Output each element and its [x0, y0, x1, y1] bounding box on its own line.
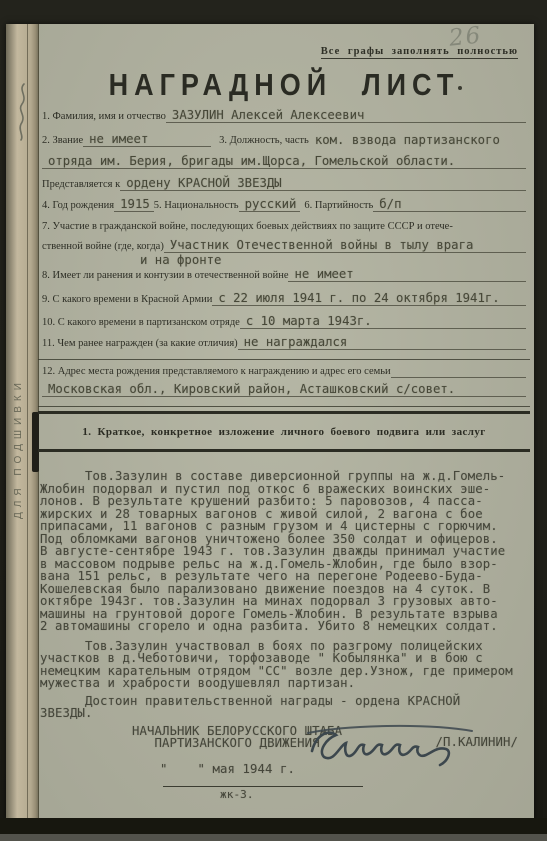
divider-line — [38, 359, 530, 360]
field-previous-awards: 11. Чем ранее награжден (за какие отличи… — [42, 335, 526, 350]
field-birth-nationality-party: 4. Год рождения 1915 5. Национальность р… — [42, 197, 526, 212]
field-wounds-value: не имеет — [288, 267, 526, 282]
field-address-value: Московская обл., Кировский район, Асташк… — [42, 382, 526, 397]
document-page: ДЛЯ ПОДШИВКИ 26 Все графы заполнять полн… — [6, 24, 534, 820]
signature-block: НАЧАЛЬНИК БЕЛОРУССКОГО ШТАБА ПАРТИЗАНСКО… — [38, 723, 530, 833]
citation-paragraph-2: Тов.Зазулин участвовал в боях по разгром… — [40, 640, 528, 690]
field-red-army: 9. С какого времени в Красной Армии с 22… — [42, 291, 526, 306]
citation-paragraph-1: Тов.Зазулин в составе диверсионной групп… — [40, 470, 528, 633]
field-war-value-cont: и на фронте — [42, 253, 526, 267]
field-wounds-label: 8. Имеет ли ранения и контузии в отечест… — [42, 270, 288, 282]
field-war-participation-line2: ственной войне (где, когда) Участник Оте… — [42, 238, 526, 253]
field-nationality-label: 5. Национальность — [154, 200, 239, 212]
field-rank-position: 2. Звание не имеет 3. Должность, часть к… — [42, 132, 526, 147]
field-previous-awards-label: 11. Чем ранее награжден (за какие отличи… — [42, 338, 238, 350]
field-name: 1. Фамилия, имя и отчество ЗАЗУЛИН Алекс… — [42, 108, 526, 123]
field-rank-value: не имеет — [83, 132, 211, 147]
field-address: 12. Адрес места рождения представляемого… — [42, 366, 526, 378]
field-party-label: 6. Партийность — [304, 200, 373, 212]
field-birthyear-value: 1915 — [114, 197, 154, 212]
form-content: Все графы заполнять полностью НАГРАДНОЙ … — [38, 30, 530, 833]
margin-vertical-text: ДЛЯ ПОДШИВКИ — [13, 279, 24, 519]
field-position-value: ком. взвода партизанского — [309, 133, 526, 147]
field-presented-label: Представляется к — [42, 179, 120, 191]
divider-line-2 — [38, 406, 530, 407]
field-red-army-label: 9. С какого времени в Красной Армии — [42, 294, 212, 306]
clerk-note: жк-3. — [220, 789, 254, 802]
signature-date: " " мая 1944 г. — [160, 763, 295, 776]
field-war-value: Участник Отечественной войны в тылу враг… — [164, 238, 526, 253]
field-war-participation: 7. Участие в гражданской войне, последую… — [42, 221, 526, 233]
field-partisan-since-value: с 10 марта 1943г. — [240, 314, 526, 329]
field-address-value-row: Московская обл., Кировский район, Асташк… — [42, 382, 526, 397]
field-address-label: 12. Адрес места рождения представляемого… — [42, 366, 391, 378]
field-name-value: ЗАЗУЛИН Алексей Алексеевич — [166, 108, 526, 123]
field-position-label: 3. Должность, часть — [219, 135, 309, 147]
table-edge — [0, 834, 547, 841]
field-red-army-value: с 22 июля 1941 г. по 24 октября 1941г. — [212, 291, 526, 306]
section-header-box: 1. Краткое, конкретное изложение личного… — [38, 411, 530, 452]
ink-speck — [458, 86, 462, 90]
signature-rule — [163, 786, 363, 788]
title-row: НАГРАДНОЙ ЛИСТ — [38, 70, 530, 101]
field-nationality-value: русский — [239, 197, 301, 212]
fill-all-fields-stamp: Все графы заполнять полностью — [321, 46, 518, 59]
signer-name: /П.КАЛИНИН/ — [435, 736, 518, 749]
field-rank-label: 2. Звание — [42, 135, 83, 147]
field-war-label-line2: ственной войне (где, когда) — [42, 241, 164, 253]
field-name-label: 1. Фамилия, имя и отчество — [42, 111, 166, 123]
field-partisan-since: 10. С какого времени в партизанском отря… — [42, 314, 526, 329]
field-wounds: 8. Имеет ли ранения и контузии в отечест… — [42, 267, 526, 282]
field-birthyear-label: 4. Год рождения — [42, 200, 114, 212]
table-shadow — [0, 818, 547, 834]
field-war-label-line1: 7. Участие в гражданской войне, последую… — [42, 221, 453, 233]
field-presented-value: ордену КРАСНОЙ ЗВЕЗДЫ — [120, 176, 526, 191]
stamp-row: Все графы заполнять полностью — [38, 46, 530, 59]
field-previous-awards-value: не награждался — [238, 335, 526, 350]
fold-crease — [27, 24, 28, 820]
document-title: НАГРАДНОЙ ЛИСТ — [109, 68, 460, 103]
field-position-cont: отряда им. Берия, бригады им.Щорса, Гоме… — [42, 154, 526, 169]
citation-paragraph-3: Достоин правительственной награды - орде… — [40, 695, 528, 720]
pencil-mark — [14, 82, 32, 142]
address-leader — [391, 377, 526, 378]
field-party-value: б/п — [373, 197, 526, 212]
field-presented: Представляется к ордену КРАСНОЙ ЗВЕЗДЫ — [42, 176, 526, 191]
section-header: 1. Краткое, конкретное изложение личного… — [82, 426, 485, 438]
field-war-value2: и на фронте — [134, 253, 225, 267]
field-partisan-since-label: 10. С какого времени в партизанском отря… — [42, 317, 240, 329]
field-position-value2: отряда им. Берия, бригады им.Щорса, Гоме… — [42, 154, 526, 169]
